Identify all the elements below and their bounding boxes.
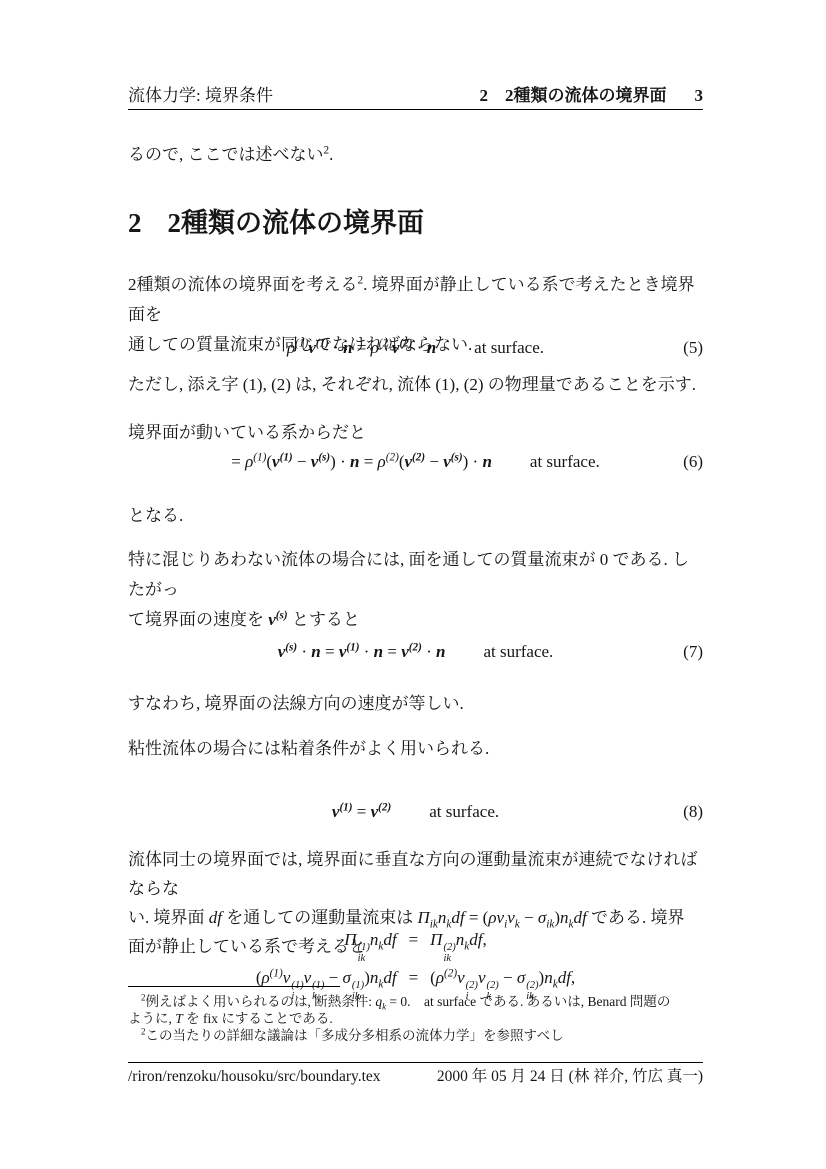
- footnote-1-line-1: 2例えばよく用いられるのは, 断熱条件: qk = 0. at surface …: [128, 993, 703, 1010]
- paragraph-7: 粘性流体の場合には粘着条件がよく用いられる.: [128, 734, 703, 764]
- footer-file-path: /riron/renzoku/housoku/src/boundary.tex: [128, 1066, 381, 1088]
- footnote-rule: [128, 986, 340, 987]
- header-right: 2 2種類の流体の境界面3: [480, 84, 704, 108]
- footer-rule: [128, 1062, 703, 1063]
- footnote-2: 2この当たりの詳細な議論は「多成分多相系の流体力学」を参照すべし: [128, 1027, 703, 1044]
- page-number: 3: [695, 86, 704, 105]
- footnote-2-line-1: 2この当たりの詳細な議論は「多成分多相系の流体力学」を参照すべし: [128, 1027, 703, 1044]
- equation-7-label: (7): [683, 637, 703, 667]
- page-footer: /riron/renzoku/housoku/src/boundary.tex …: [128, 1066, 703, 1088]
- eq-array-r1-rhs: Π(2)iknkdf,: [430, 926, 575, 964]
- equation-7-note: at surface.: [483, 642, 553, 661]
- paragraph-intro: るので, ここでは述べない2.: [128, 140, 703, 170]
- equation-array: Π(1)iknkdf = Π(2)iknkdf, (ρ(1)v(1)iv(1)k…: [128, 926, 703, 1002]
- equation-8-body: v(1) = v(2): [332, 802, 391, 821]
- equation-8: v(1) = v(2)at surface. (8): [128, 797, 703, 827]
- header-section-title: 2 2種類の流体の境界面: [480, 86, 667, 105]
- paragraph-1-line-1: 2種類の流体の境界面を考える2. 境界面が静止している系で考えたとき境界面を: [128, 270, 703, 330]
- page-header: 流体力学: 境界条件 2 2種類の流体の境界面3: [128, 84, 703, 108]
- section-number: 2: [128, 208, 142, 238]
- paragraph-4: となる.: [128, 501, 703, 531]
- equation-5: ρ(1)v(1) · n = ρ(2)v(2) · nat surface. (…: [128, 333, 703, 363]
- footer-date-authors: 2000 年 05 月 24 日 (林 祥介, 竹広 真一): [437, 1066, 703, 1088]
- paragraph-6: すなわち, 境界面の法線方向の速度が等しい.: [128, 689, 703, 719]
- paragraph-5: 特に混じりあわない流体の場合には, 面を通しての質量流束が 0 である. したが…: [128, 545, 703, 635]
- header-title-left: 流体力学: 境界条件: [128, 84, 273, 108]
- header-rule: [128, 109, 703, 110]
- footnote-1-line-2: ように, T を fix にすることである.: [128, 1010, 703, 1027]
- equation-6: = ρ(1)(v(1) − v(s)) · n = ρ(2)(v(2) − v(…: [128, 447, 703, 477]
- eq-array-r1-lhs: Π(1)iknkdf: [256, 926, 397, 964]
- equation-5-label: (5): [683, 333, 703, 363]
- equation-8-note: at surface.: [429, 802, 499, 821]
- eq-array-r1-relation: =: [397, 926, 431, 964]
- equation-array-row-1: Π(1)iknkdf = Π(2)iknkdf,: [256, 926, 575, 964]
- equation-6-body: = ρ(1)(v(1) − v(s)) · n = ρ(2)(v(2) − v(…: [231, 452, 492, 471]
- equation-7-body: v(s) · n = v(1) · n = v(2) · n: [278, 642, 446, 661]
- paragraph-5-line-1: 特に混じりあわない流体の場合には, 面を通しての質量流束が 0 である. したが…: [128, 545, 703, 605]
- equation-6-label: (6): [683, 447, 703, 477]
- paragraph-2: ただし, 添え字 (1), (2) は, それぞれ, 流体 (1), (2) の…: [128, 370, 703, 400]
- paragraph-8-line-1: 流体同士の境界面では, 境界面に垂直な方向の運動量流束が連続でなければならな: [128, 845, 703, 903]
- paragraph-5-line-2: て境界面の速度を v(s) とすると: [128, 605, 703, 635]
- section-heading: 22種類の流体の境界面: [128, 206, 703, 240]
- document-page: 流体力学: 境界条件 2 2種類の流体の境界面3 るので, ここでは述べない2.…: [0, 0, 826, 1169]
- equation-5-body: ρ(1)v(1) · n = ρ(2)v(2) · n: [287, 338, 436, 357]
- page-content: 流体力学: 境界条件 2 2種類の流体の境界面3 るので, ここでは述べない2.…: [128, 0, 703, 1169]
- equation-6-note: at surface.: [530, 452, 600, 471]
- paragraph-3: 境界面が動いている系からだと: [128, 418, 703, 448]
- section-title: 2種類の流体の境界面: [168, 208, 425, 238]
- equation-array-table: Π(1)iknkdf = Π(2)iknkdf, (ρ(1)v(1)iv(1)k…: [256, 926, 575, 1002]
- equation-7: v(s) · n = v(1) · n = v(2) · nat surface…: [128, 637, 703, 667]
- footnote-1: 2例えばよく用いられるのは, 断熱条件: qk = 0. at surface …: [128, 993, 703, 1027]
- equation-5-note: at surface.: [474, 338, 544, 357]
- equation-8-label: (8): [683, 797, 703, 827]
